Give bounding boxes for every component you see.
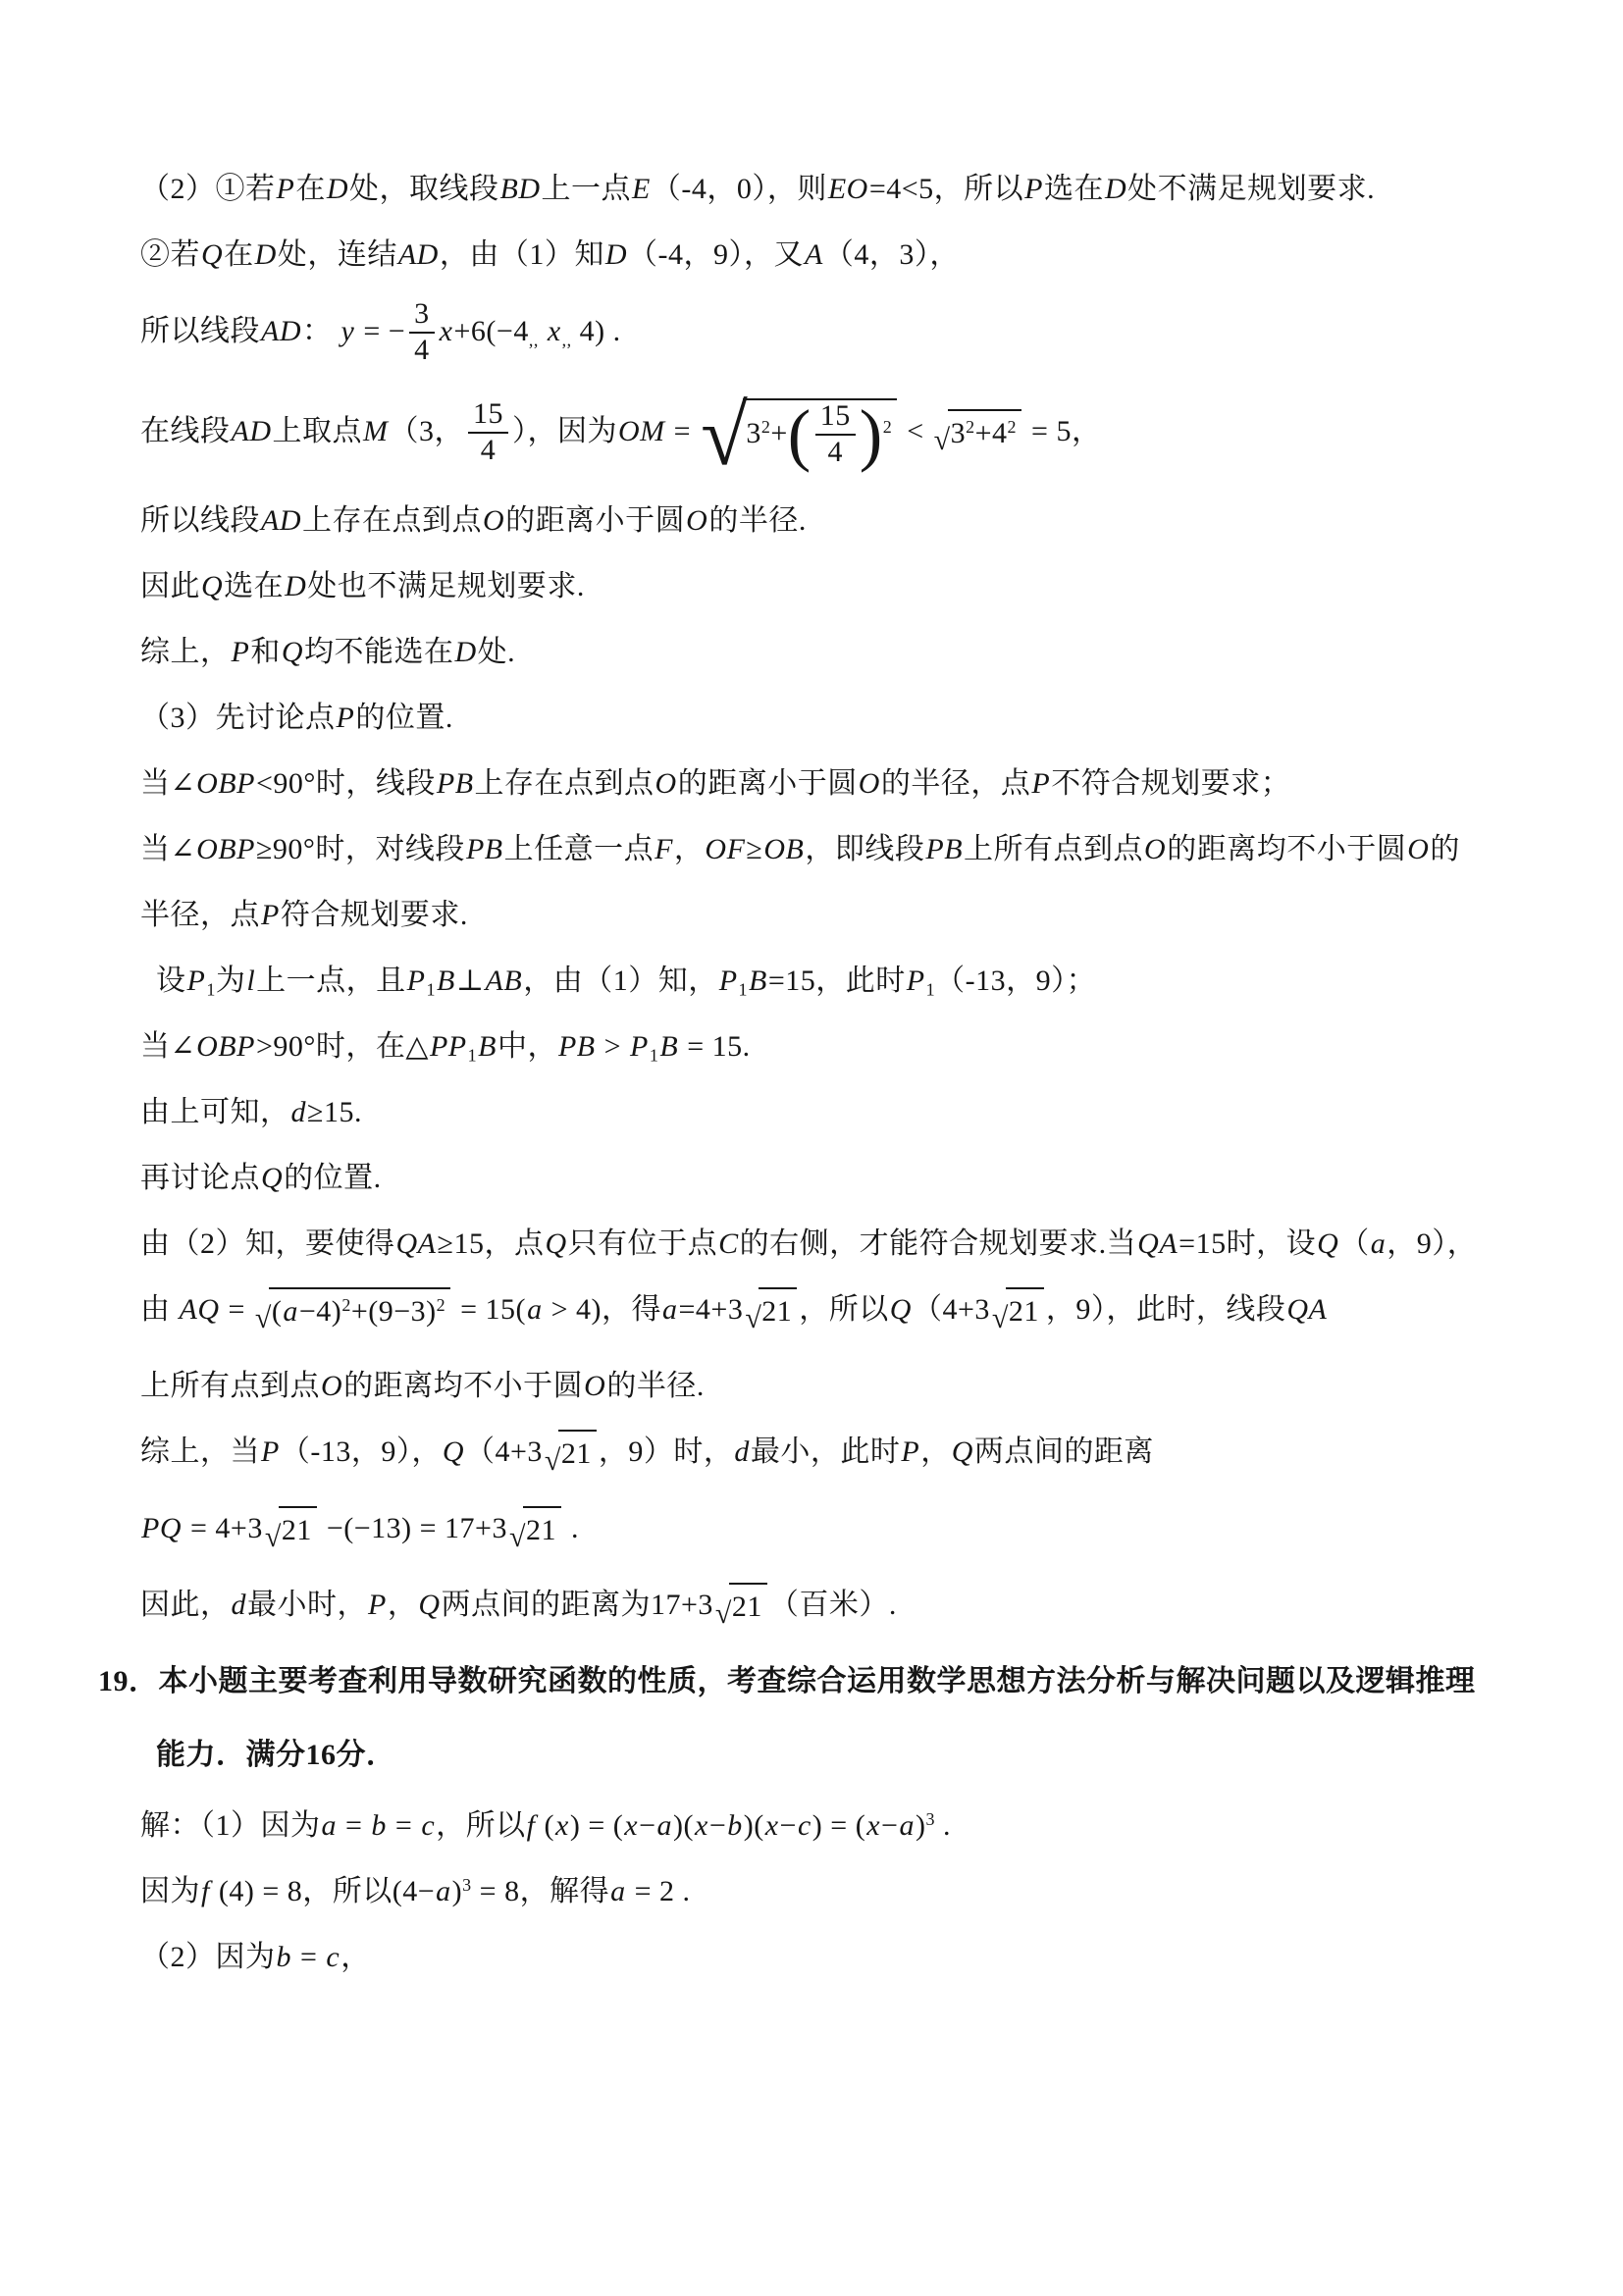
math-variable: O	[482, 504, 505, 537]
text-run: 上存在点到点	[475, 767, 654, 800]
math-variable: F	[654, 833, 674, 865]
text-run: 因此，	[140, 1589, 231, 1621]
radical: √32+42	[934, 409, 1021, 454]
subscript: 1	[468, 1045, 478, 1065]
math-variable: O	[1406, 833, 1430, 865]
text-run: −4)	[299, 1295, 341, 1328]
text-run: 在	[224, 238, 254, 271]
radical: √21	[265, 1506, 317, 1551]
text-run: = 2 .	[627, 1875, 691, 1907]
text-run: +	[770, 417, 787, 449]
math-variable: D	[604, 238, 628, 271]
math-variable: AQ	[179, 1293, 221, 1326]
text-run: 上所有点到点	[964, 833, 1143, 865]
text-run: )	[452, 1875, 463, 1907]
math-variable: PB	[557, 1030, 597, 1063]
math-variable: d	[733, 1435, 751, 1468]
math-variable: M	[362, 415, 390, 447]
math-variable: P	[336, 702, 356, 734]
math-variable: D	[284, 570, 307, 602]
sol18-P1-definition: 设P1为l上一点，且P1B⊥AB，由（1）知，P1B=15，此时P1（-13，9…	[156, 961, 1535, 1002]
text-run: 上所有点到点	[140, 1370, 320, 1402]
sol18-triangle-inequality: 当∠OBP>90°时，在△PP1B中，PB > P1B = 15.	[140, 1026, 1535, 1068]
text-run: （-13，9）；	[935, 965, 1096, 997]
math-variable: P	[1023, 173, 1044, 205]
superscript: 3	[925, 1810, 935, 1830]
text-run: 的位置.	[284, 1162, 382, 1194]
math-variable: a	[282, 1295, 299, 1328]
sol18-line-AD-equation: 所以线段AD： y = −34x+6(−4,, x,, 4) .	[140, 300, 1535, 367]
text-run: ，由（1）知	[440, 238, 604, 271]
text-run: 的位置.	[355, 702, 453, 734]
text-run: <	[899, 415, 931, 447]
text-run: （-4，9），又	[628, 238, 804, 271]
text-run: ) = (	[570, 1809, 623, 1842]
text-run: 的半径，点	[881, 767, 1031, 800]
math-variable: P	[260, 1435, 281, 1468]
fraction-numerator: 3	[409, 298, 435, 332]
text-run: ，所以	[799, 1293, 889, 1326]
sol18-QA-condition: 由（2）知，要使得QA≥15，点Q只有位于点C的右侧，才能符合规划要求.当QA=…	[140, 1224, 1535, 1265]
math-variable: B	[436, 965, 456, 997]
text-run: 21	[561, 1437, 592, 1470]
text-run: 的距离小于圆	[505, 504, 685, 537]
fraction: 154	[468, 398, 508, 465]
math-variable: AD	[260, 504, 302, 537]
math-variable: B	[477, 1030, 497, 1063]
text-run: 处，连结	[278, 238, 397, 271]
math-variable: AD	[260, 315, 302, 347]
math-variable: PB	[436, 767, 475, 800]
text-run: 的半径.	[708, 504, 807, 537]
math-variable: x	[865, 1809, 881, 1842]
radicand: 21	[523, 1506, 561, 1551]
text-run: （4+3	[465, 1435, 543, 1468]
text-run: −	[881, 1809, 898, 1842]
text-run: ，	[340, 1941, 371, 1973]
text-run: 选在	[1044, 173, 1104, 205]
text-run: 因为	[140, 1875, 200, 1907]
math-variable: a	[656, 1809, 674, 1842]
text-run: 中，	[497, 1030, 557, 1063]
text-run: （4+3	[913, 1293, 990, 1326]
text-run: 处不满足规划要求.	[1127, 173, 1375, 205]
math-variable: O	[654, 767, 678, 800]
sol18-part3-intro: （3）先讨论点P的位置.	[140, 698, 1535, 739]
math-variable: x	[547, 315, 562, 347]
radicand: 21	[729, 1583, 767, 1628]
text-run: 上一点	[542, 173, 632, 205]
text-run: 当∠	[140, 1030, 195, 1063]
text-run: 两点间的距离	[974, 1435, 1154, 1468]
text-run: 的右侧，才能符合规划要求.当	[740, 1227, 1137, 1260]
text-run: <90°时，线段	[256, 767, 436, 800]
text-run: )(	[744, 1809, 764, 1842]
text-run: (4) = 8，所以(4−	[211, 1875, 435, 1907]
fraction-denominator: 4	[409, 332, 435, 366]
text-run: （4，3），	[824, 238, 960, 271]
math-variable: x	[764, 1809, 780, 1842]
radicand: (a−4)2+(9−3)2	[269, 1287, 450, 1332]
text-run: 处，取线段	[349, 173, 499, 205]
big-delimiter: (	[788, 397, 811, 474]
text-run: = 5，	[1023, 415, 1101, 447]
math-variable: A	[804, 238, 824, 271]
text-run: =	[666, 415, 699, 447]
text-run: ，所以	[436, 1809, 526, 1842]
text-run: +(9−3)	[351, 1295, 437, 1328]
math-variable: Q	[200, 238, 224, 271]
sol19-part2-start: （2）因为b = c，	[140, 1937, 1535, 1978]
radicand: 32+(154)2	[743, 398, 897, 469]
math-variable: Q	[889, 1293, 913, 1326]
text-run: 最小时，	[247, 1589, 367, 1621]
math-variable: b	[726, 1809, 744, 1842]
text-run: +6(−4	[454, 315, 529, 347]
text-run: > 4)，得	[544, 1293, 661, 1326]
text-run: （3，	[390, 415, 465, 447]
text-run: 21	[1009, 1295, 1039, 1328]
text-run: =4+3	[678, 1293, 743, 1326]
math-variable: x	[554, 1809, 570, 1842]
text-run: 3	[746, 417, 761, 449]
text-run: （2）①若	[140, 173, 276, 205]
text-run: ) = (	[812, 1809, 865, 1842]
subscript: 1	[926, 979, 936, 999]
math-variable: O	[1143, 833, 1167, 865]
text-run: 上一点，且	[256, 965, 406, 997]
math-variable: B	[748, 965, 768, 997]
math-variable: x	[623, 1809, 639, 1842]
math-variable: b	[276, 1941, 293, 1973]
sol18-case-angle-lt-90: 当∠OBP<90°时，线段PB上存在点到点O的距离小于圆O的半径，点P不符合规划…	[140, 763, 1535, 805]
math-variable: O	[858, 767, 881, 800]
fraction: 34	[409, 298, 435, 365]
math-variable: OF	[704, 833, 746, 865]
text-run: 的半径.	[606, 1370, 705, 1402]
text-run: = 15.	[679, 1030, 750, 1063]
math-variable: EO	[827, 173, 869, 205]
math-variable: QA	[1285, 1293, 1328, 1326]
radical: √32+(154)2	[701, 398, 897, 469]
math-variable: AD	[231, 415, 273, 447]
text-run: 解：（1）因为	[140, 1809, 321, 1842]
text-run: .	[935, 1809, 951, 1842]
text-run	[539, 315, 547, 347]
math-variable: O	[320, 1370, 343, 1402]
superscript: 2	[437, 1295, 446, 1315]
math-variable: a	[526, 1293, 544, 1326]
math-variable: PB	[465, 833, 504, 865]
subscript: 1	[427, 979, 437, 999]
superscript: 2	[883, 417, 893, 437]
math-variable: a	[321, 1809, 339, 1842]
text-run: =15，此时	[768, 965, 906, 997]
text-run: 21	[732, 1591, 762, 1623]
text-run: =	[388, 1809, 420, 1842]
text-run: 的	[1430, 833, 1460, 865]
text-run: 最小，此时	[751, 1435, 901, 1468]
math-variable: D	[326, 173, 349, 205]
text-run: ⊥	[456, 965, 485, 997]
text-run: 设	[156, 965, 186, 997]
problem-19-heading: 19．本小题主要考查利用导数研究函数的性质，考查综合运用数学思想方法分析与解决问…	[98, 1661, 1535, 1702]
text-run: 符合规划要求.	[281, 899, 468, 931]
text-run: 选在	[224, 570, 284, 602]
text-run: = −	[355, 315, 405, 347]
text-run: =4<5，所以	[869, 173, 1023, 205]
radical: √(a−4)2+(9−3)2	[255, 1287, 450, 1332]
text-run: 所以线段	[140, 504, 260, 537]
sol18-final-positions: 综上，当P（-13，9），Q（4+3√21，9）时，d最小，此时P，Q两点间的距…	[140, 1432, 1535, 1477]
text-run: 再讨论点	[140, 1162, 260, 1194]
text-run: 4) .	[572, 315, 621, 347]
text-run: 为	[216, 965, 246, 997]
text-run: （	[1339, 1227, 1370, 1260]
math-variable: QA	[395, 1227, 438, 1260]
sqrt-icon: √	[701, 402, 748, 469]
text-run: 处.	[478, 636, 516, 668]
text-run: 21	[526, 1514, 556, 1546]
text-run: =	[292, 1941, 325, 1973]
subscript: ,,	[562, 330, 572, 349]
text-run: 21	[282, 1514, 312, 1546]
text-run: 的距离均不小于圆	[1167, 833, 1406, 865]
text-run: 和	[250, 636, 281, 668]
sol18-case-angle-ge-90: 当∠OBP≥90°时，对线段PB上任意一点F，OF≥OB，即线段PB上所有点到点…	[140, 829, 1535, 870]
text-run: ，由（1）知，	[523, 965, 718, 997]
math-variable: OB	[762, 833, 805, 865]
math-variable: P	[367, 1589, 388, 1621]
math-variable: P	[900, 1435, 920, 1468]
math-variable: y	[340, 315, 356, 347]
math-variable: P	[1030, 767, 1051, 800]
sol18-part2-summary: 综上，P和Q均不能选在D处.	[140, 632, 1535, 673]
text-run: =	[221, 1293, 253, 1326]
text-run: 不符合规划要求；	[1051, 767, 1290, 800]
text-run: （-4，0），则	[652, 173, 827, 205]
text-run: ②若	[140, 238, 200, 271]
text-run: 综上，当	[140, 1435, 260, 1468]
superscript: 2	[761, 417, 771, 437]
math-variable: d	[231, 1589, 248, 1621]
subscript: ,,	[529, 330, 539, 349]
math-variable: Q	[417, 1589, 441, 1621]
math-variable: l	[245, 965, 256, 997]
math-variable: Q	[260, 1162, 284, 1194]
text-run: 处也不满足规划要求.	[307, 570, 585, 602]
math-variable: PQ	[140, 1512, 183, 1544]
text-run: 在线段	[140, 415, 231, 447]
math-variable: f	[200, 1875, 211, 1907]
text-run: 上取点	[273, 415, 363, 447]
math-variable: QA	[1136, 1227, 1178, 1260]
text-run: =	[338, 1809, 370, 1842]
text-run: (	[537, 1809, 555, 1842]
text-run: )	[916, 1809, 926, 1842]
math-variable: a	[898, 1809, 916, 1842]
math-variable: AD	[397, 238, 440, 271]
text-run: =15时，设	[1178, 1227, 1316, 1260]
math-variable: BD	[499, 173, 542, 205]
text-run: （百米）.	[769, 1589, 897, 1621]
math-variable: PB	[924, 833, 964, 865]
document-body: （2）①若P在D处，取线段BD上一点E（-4，0），则EO=4<5，所以P选在D…	[0, 0, 1623, 1978]
sol19-part1-solve-a: 因为f (4) = 8，所以(4−a)3 = 8，解得a = 2 .	[140, 1871, 1535, 1912]
sol18-point-M-inequality: 在线段AD上取点M（3，154），因为OM = √32+(154)2 < √32…	[140, 398, 1535, 469]
sol18-d-ge-15: 由上可知，d≥15.	[140, 1092, 1535, 1133]
text-run: 上存在点到点	[302, 504, 482, 537]
text-run: ，	[674, 833, 705, 865]
radical: √21	[715, 1583, 767, 1628]
sol18-conclusion-AD: 所以线段AD上存在点到点O的距离小于圆O的半径.	[140, 500, 1535, 542]
math-variable: f	[526, 1809, 537, 1842]
text-run: 综上，	[140, 636, 231, 668]
sol18-PQ-distance: PQ = 4+3√21 −(−13) = 17+3√21 .	[140, 1508, 1535, 1553]
radicand: 21	[1006, 1287, 1044, 1332]
text-run: ），因为	[512, 415, 617, 447]
sol19-part1-factoring: 解：（1）因为a = b = c，所以f (x) = (x−a)(x−b)(x−…	[140, 1805, 1535, 1847]
math-variable: PP	[429, 1030, 468, 1063]
text-run: 只有位于点	[568, 1227, 718, 1260]
text-run: ，即线段	[805, 833, 924, 865]
radical: √21	[992, 1287, 1044, 1332]
math-variable: x	[694, 1809, 709, 1842]
text-run: 能力．满分16分．	[156, 1739, 396, 1771]
radicand: 21	[558, 1430, 597, 1475]
text-run: ，9），此时，线段	[1046, 1293, 1286, 1326]
radicand: 32+42	[948, 409, 1021, 454]
math-variable: a	[1370, 1227, 1387, 1260]
superscript: 2	[341, 1295, 351, 1315]
text-run: −	[639, 1809, 655, 1842]
math-variable: Q	[544, 1227, 567, 1260]
text-run: 在	[295, 173, 326, 205]
text-run: >90°时，在△	[256, 1030, 429, 1063]
math-variable: D	[254, 238, 278, 271]
superscript: 3	[462, 1876, 472, 1896]
math-variable: a	[661, 1293, 679, 1326]
superscript: 2	[966, 417, 975, 437]
text-run: = 4+3	[183, 1512, 263, 1544]
radical: √21	[545, 1430, 597, 1475]
text-run: +4	[975, 417, 1008, 449]
text-run: 3	[951, 417, 967, 449]
math-variable: AB	[485, 965, 524, 997]
fraction-denominator: 4	[815, 434, 856, 468]
math-variable: OBP	[195, 833, 256, 865]
math-variable: P	[629, 1030, 650, 1063]
text-run: ≥15，点	[438, 1227, 545, 1260]
text-run: )(	[673, 1809, 694, 1842]
text-run: 当∠	[140, 833, 195, 865]
text-run: 上任意一点	[504, 833, 654, 865]
math-variable: OBP	[195, 1030, 256, 1063]
radicand: 21	[279, 1506, 317, 1551]
subscript: 1	[650, 1045, 659, 1065]
math-variable: O	[583, 1370, 606, 1402]
text-run: ≥	[746, 833, 762, 865]
text-run: 由上可知，	[140, 1096, 290, 1128]
text-run: −	[709, 1809, 726, 1842]
math-variable: P	[186, 965, 207, 997]
superscript: 2	[1008, 417, 1018, 437]
text-run: （3）先讨论点	[140, 702, 336, 734]
text-run: ：	[302, 315, 340, 347]
radical: √21	[745, 1287, 797, 1332]
text-run: 的距离小于圆	[678, 767, 858, 800]
math-variable: c	[325, 1941, 340, 1973]
text-run: = 8，解得	[472, 1875, 609, 1907]
math-variable: a	[435, 1875, 452, 1907]
text-run: ≥90°时，对线段	[256, 833, 465, 865]
math-variable: D	[454, 636, 478, 668]
math-variable: OBP	[195, 767, 256, 800]
fraction-numerator: 15	[468, 398, 508, 432]
math-variable: Q	[200, 570, 224, 602]
fraction-denominator: 4	[468, 432, 508, 466]
document-page: （2）①若P在D处，取线段BD上一点E（-4，0），则EO=4<5，所以P选在D…	[0, 0, 1623, 2296]
math-variable: P	[260, 899, 281, 931]
sol18-AQ-equation: 由 AQ = √(a−4)2+(9−3)2 = 15(a > 4)，得a=4+3…	[140, 1289, 1535, 1334]
text-run: .	[563, 1512, 579, 1544]
math-variable: O	[685, 504, 708, 537]
text-run: 两点间的距离为17+3	[442, 1589, 713, 1621]
math-variable: P	[406, 965, 427, 997]
math-variable: b	[370, 1809, 388, 1842]
math-variable: P	[718, 965, 739, 997]
text-run: 当∠	[140, 767, 195, 800]
text-run: 19．本小题主要考查利用导数研究函数的性质，考查综合运用数学思想方法分析与解决问…	[98, 1665, 1476, 1697]
math-variable: B	[658, 1030, 679, 1063]
text-run: 由（2）知，要使得	[140, 1227, 395, 1260]
math-variable: Q	[951, 1435, 974, 1468]
sol18-case-angle-ge-90-cont: 半径，点P符合规划要求.	[140, 895, 1535, 936]
text-run: ，	[920, 1435, 951, 1468]
text-run: ，9）时，	[599, 1435, 734, 1468]
math-variable: d	[290, 1096, 308, 1128]
math-variable: E	[631, 173, 652, 205]
sol18-discuss-Q: 再讨论点Q的位置.	[140, 1158, 1535, 1199]
radical: √21	[509, 1506, 561, 1551]
text-run: 因此	[140, 570, 200, 602]
text-run: ，	[388, 1589, 418, 1621]
text-run: (	[272, 1295, 283, 1328]
math-variable: P	[906, 965, 926, 997]
text-run: ≥15.	[307, 1096, 362, 1128]
text-run: = 15(	[452, 1293, 526, 1326]
math-variable: c	[797, 1809, 812, 1842]
sol18-part2-step2: ②若Q在D处，连结AD，由（1）知D（-4，9），又A（4，3），	[140, 235, 1535, 276]
text-run: 21	[761, 1295, 792, 1328]
fraction: 154	[815, 400, 856, 467]
text-run: −	[780, 1809, 797, 1842]
text-run: >	[597, 1030, 629, 1063]
subscript: 1	[739, 979, 749, 999]
text-run: ，9），	[1387, 1227, 1477, 1260]
text-run: （-13，9），	[281, 1435, 442, 1468]
text-run: 所以线段	[140, 315, 260, 347]
radicand: 21	[759, 1287, 797, 1332]
text-run: 半径，点	[140, 899, 260, 931]
math-variable: C	[717, 1227, 740, 1260]
text-run: 由	[140, 1293, 179, 1326]
sol18-QA-conclusion: 上所有点到点O的距离均不小于圆O的半径.	[140, 1366, 1535, 1407]
math-variable: Q	[442, 1435, 465, 1468]
sol18-conclusion-Q-at-D: 因此Q选在D处也不满足规划要求.	[140, 566, 1535, 607]
math-variable: OM	[617, 415, 666, 447]
math-variable: Q	[1316, 1227, 1339, 1260]
